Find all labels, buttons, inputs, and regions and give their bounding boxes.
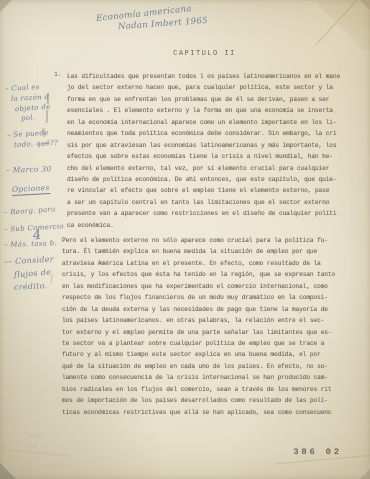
- pencil-stroke: [46, 110, 48, 123]
- text-line: sis por que atraviesan las economías lat…: [67, 140, 352, 151]
- text-line: Las dificultades que presentan todos l o…: [67, 71, 352, 82]
- handwritten-annotation: — Consider: [4, 255, 54, 268]
- text-line: tura. Él también explica en buena medida…: [62, 246, 352, 257]
- handwritten-annotation: Opciones: [12, 183, 50, 196]
- text-line: futuro y al mismo tiempo este sector exp…: [62, 349, 352, 360]
- handwritten-annotation: – Reorg. para: [4, 205, 56, 217]
- handwritten-annotation: pol.: [21, 114, 36, 124]
- text-line: respecto de los flujos financieros de un…: [62, 292, 352, 303]
- text-line: forma en que se enfrentan los problemas …: [67, 94, 352, 105]
- text-line: mos de importación de los países desarro…: [62, 395, 352, 406]
- text-line: en las modificaciones que ha experimenta…: [62, 281, 352, 292]
- handwritten-annotation: la razón d: [11, 93, 50, 104]
- paragraph-number: 1.: [54, 71, 62, 78]
- page-number-stamp: 386 02: [293, 447, 342, 457]
- text-line: esenciales . El elemento externo y la fo…: [67, 105, 352, 116]
- handwritten-annotation: objeto de: [15, 103, 51, 114]
- paragraph-2: Pero el elemento externo no sólo aparece…: [62, 235, 352, 418]
- corner-shadow-topleft: [0, 0, 12, 12]
- text-line: presente van a aparecer como restriccion…: [67, 208, 352, 219]
- handwritten-annotation: flujos de: [14, 268, 52, 281]
- text-line: crisis, y los efectos que ésta ha tenido…: [62, 269, 352, 280]
- handwritten-annotation: – Más. tasa b.: [4, 239, 57, 250]
- text-line: re vincular el efecto que sobre el emple…: [67, 185, 352, 196]
- text-line: los países latinoamericanos. en otras pa…: [62, 315, 352, 326]
- text-line: en la economía internacional aparece com…: [67, 117, 352, 128]
- page-fold-topright: [318, 0, 370, 50]
- text-line: jo del sector externo hacen que, para cu…: [67, 82, 352, 93]
- text-line: atraviesa América Latina en el presente.…: [62, 258, 352, 269]
- corner-shadow-bottomright: [360, 469, 370, 479]
- text-line: Pero el elemento externo no sólo aparece…: [62, 235, 352, 246]
- text-line: tor externo y el empleo permite de una p…: [62, 327, 352, 338]
- text-line: te sector va a plantear sobre cualquier …: [62, 338, 352, 349]
- handwritten-annotation: – Marco 30: [6, 164, 52, 175]
- text-line: efectos que sobre estas economías tiene …: [67, 151, 352, 162]
- handwritten-annotation: – Cual es: [5, 83, 40, 94]
- text-line: bios radicales en los flujos del comerci…: [62, 384, 352, 395]
- text-line: ca económica.: [67, 220, 352, 231]
- text-line: lamente como consecuencia de la crisis i…: [62, 372, 352, 383]
- chapter-heading: CAPITULO II: [62, 50, 347, 58]
- text-line: qué de la situación de empleo en cada un…: [62, 361, 352, 372]
- handwritten-annotation: todo, qué??: [14, 139, 59, 150]
- text-line: diseño de política económica. De ahí ent…: [67, 174, 352, 185]
- fold-crease-line: [315, 0, 365, 45]
- corner-shadow-bottomleft: [0, 463, 16, 479]
- text-line: ción de la deuda externa y las necesidad…: [62, 304, 352, 315]
- corner-shadow-topright: [360, 0, 370, 10]
- handwritten-annotation: 4: [32, 227, 43, 244]
- handwritten-annotation: – Se puede: [7, 129, 49, 140]
- text-line: ticas económicas restrictivas que allá s…: [62, 407, 352, 418]
- text-line: a ser un capítulo central en tanto las l…: [67, 197, 352, 208]
- scanned-document-page: CAPITULO II 1. Las dificultades que pres…: [0, 0, 370, 479]
- paragraph-1: Las dificultades que presentan todos l o…: [67, 71, 352, 231]
- text-line: neamientos que toda política económica d…: [67, 128, 352, 139]
- handwritten-annotation: crédito.: [14, 281, 48, 293]
- pencil-page-number: 386 03: [28, 431, 41, 451]
- text-line: cho del elemento externo, tal vez, por s…: [67, 163, 352, 174]
